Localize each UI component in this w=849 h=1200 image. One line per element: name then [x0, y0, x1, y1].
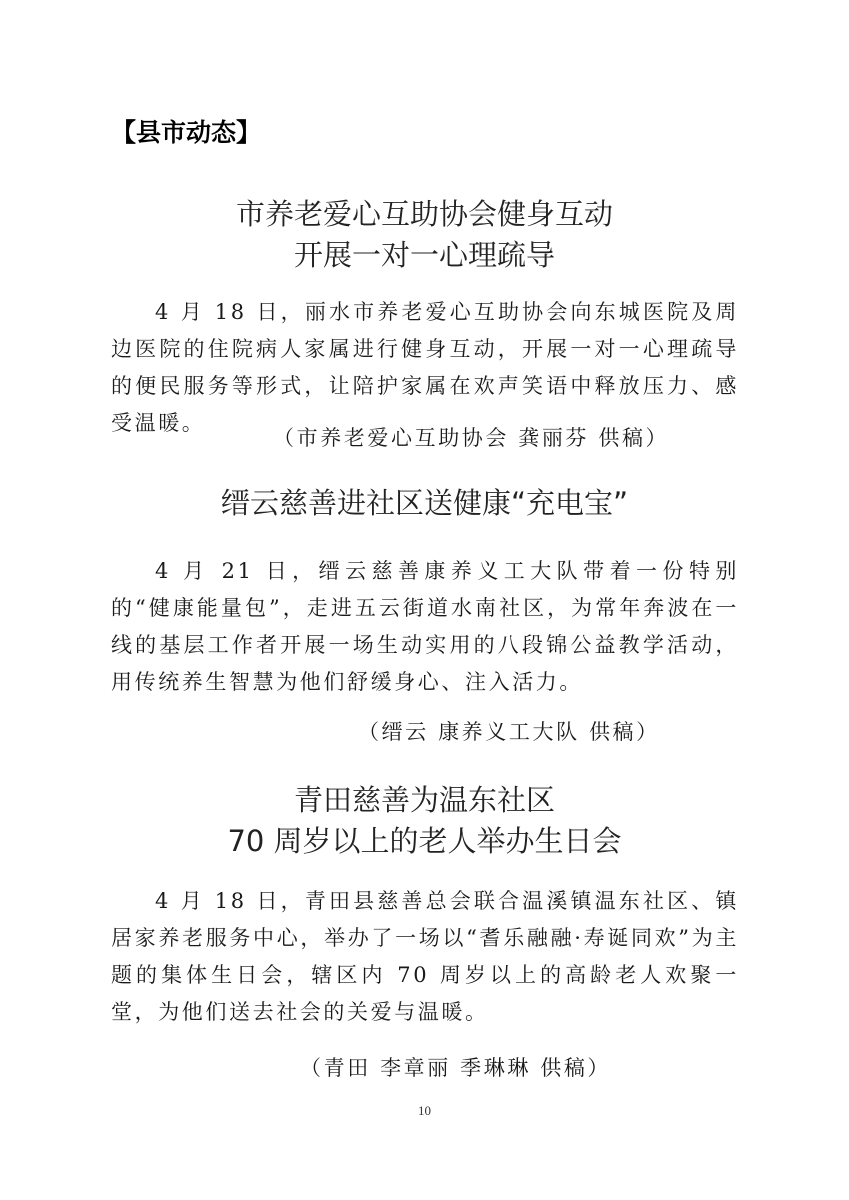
- page-number: 10: [0, 1103, 849, 1119]
- article-2-headline-line-1: 缙云慈善进社区送健康“充电宝”: [0, 483, 849, 524]
- document-page: 【县市动态】 市养老爱心互助协会健身互动 开展一对一心理疏导 4 月 18 日，…: [0, 0, 849, 1200]
- article-3-headline-line-2: 70 周岁以上的老人举办生日会: [0, 821, 849, 862]
- article-3-credit: （青田 李章丽 季琳琳 供稿）: [300, 1053, 611, 1083]
- section-tag: 【县市动态】: [111, 117, 261, 149]
- article-1-body: 4 月 18 日，丽水市养老爱心互助协会向东城医院及周边医院的住院病人家属进行健…: [111, 294, 739, 442]
- article-1-credit: （市养老爱心互助协会 龚丽芬 供稿）: [273, 423, 669, 453]
- article-2-credit: （缙云 康养义工大队 供稿）: [358, 717, 660, 747]
- article-3-body: 4 月 18 日，青田县慈善总会联合温溪镇温东社区、镇居家养老服务中心，举办了一…: [111, 883, 739, 1031]
- article-2-body: 4 月 21 日，缙云慈善康养义工大队带着一份特别的“健康能量包”，走进五云街道…: [111, 553, 739, 701]
- article-2-headline: 缙云慈善进社区送健康“充电宝”: [0, 483, 849, 524]
- article-1-headline-line-2: 开展一对一心理疏导: [0, 235, 849, 276]
- article-3-headline: 青田慈善为温东社区 70 周岁以上的老人举办生日会: [0, 780, 849, 862]
- article-1-headline-line-1: 市养老爱心互助协会健身互动: [0, 194, 849, 235]
- article-1-headline: 市养老爱心互助协会健身互动 开展一对一心理疏导: [0, 194, 849, 276]
- article-3-headline-line-1: 青田慈善为温东社区: [0, 780, 849, 821]
